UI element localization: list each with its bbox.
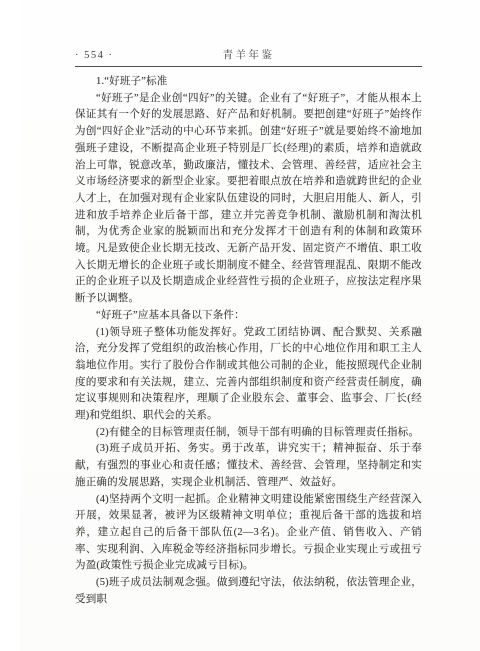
paragraph-conditions-lead: “好班子”应基本具备以下条件：	[75, 308, 422, 325]
page-content: · 554 · 青羊年鉴 1.“好班子”标准 “好班子”是企业创“四好”的关键。…	[75, 48, 422, 609]
running-header: · 554 · 青羊年鉴	[75, 48, 422, 67]
paragraph-item-5: (5)班子成员法制观念强。做到遵纪守法，依法纳税，依法管理企业，受到职	[75, 575, 422, 608]
paragraph-intro: “好班子”是企业创“四好”的关键。企业有了“好班子”，才能从根本上保证其有一个好…	[75, 91, 422, 308]
section-heading: 1.“好班子”标准	[75, 74, 422, 91]
paragraph-item-4: (4)坚持两个文明一起抓。企业精神文明建设能紧密围绕生产经营深入开展，效果显著，…	[75, 492, 422, 576]
paragraph-item-2: (2)有健全的目标管理责任制，领导干部有明确的目标管理责任指标。	[75, 425, 422, 442]
scanned-page: · 554 · 青羊年鉴 1.“好班子”标准 “好班子”是企业创“四好”的关键。…	[20, 0, 480, 651]
body-text: 1.“好班子”标准 “好班子”是企业创“四好”的关键。企业有了“好班子”，才能从…	[75, 74, 422, 609]
paragraph-item-1: (1)领导班子整体功能发挥好。党政工团结协调、配合默契、关系融洽，充分发挥了党组…	[75, 325, 422, 425]
book-title: 青羊年鉴	[75, 49, 422, 63]
paragraph-item-3: (3)班子成员开拓、务实。勇于改革，讲究实干；精神振奋、乐于奉献，有强烈的事业心…	[75, 441, 422, 491]
